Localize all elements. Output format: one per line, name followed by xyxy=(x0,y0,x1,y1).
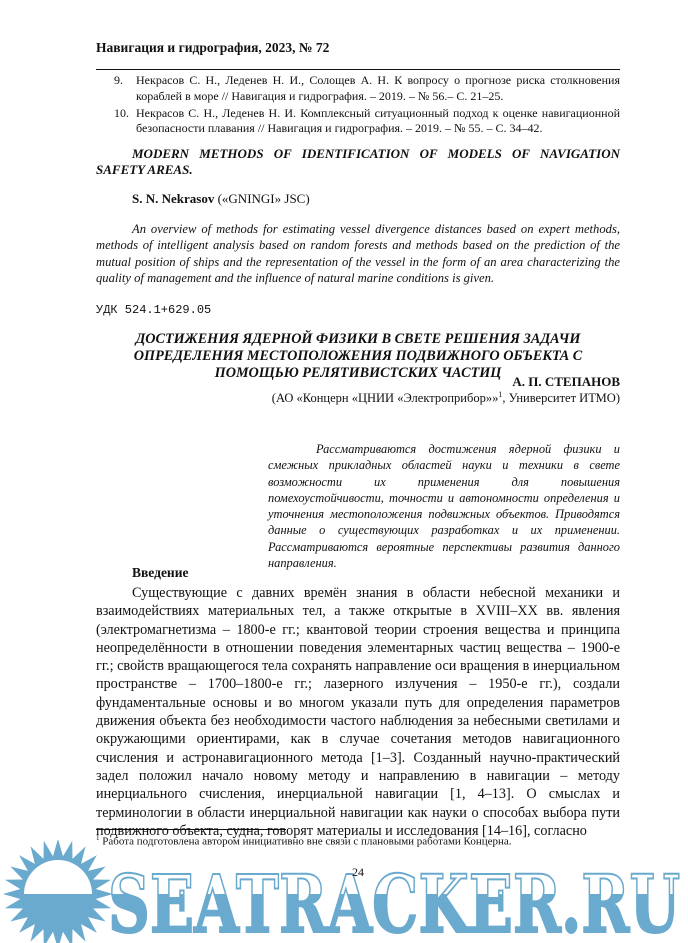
article-abstract: Рассматриваются достижения ядерной физик… xyxy=(268,441,620,571)
document-page: Навигация и гидрография, 2023, № 72 9. Н… xyxy=(0,0,688,943)
reference-number: 10. xyxy=(96,106,136,137)
udk-code: УДК 524.1+629.05 xyxy=(96,303,620,317)
english-title: MODERN METHODS OF IDENTIFICATION OF MODE… xyxy=(96,146,620,178)
watermark-text: SEATRACKER.RU SEATRACKER.RU xyxy=(108,857,680,943)
affiliation-text: , Университет ИТМО) xyxy=(502,391,620,405)
reference-item: 9. Некрасов С. Н., Леденев Н. И., Солоще… xyxy=(96,73,620,104)
footnote: 1 Работа подготовлена автором инициативн… xyxy=(96,834,620,848)
english-author-line: S. N. Nekrasov («GNINGI» JSC) xyxy=(96,191,620,207)
english-author: S. N. Nekrasov xyxy=(132,191,214,206)
reference-list: 9. Некрасов С. Н., Леденев Н. И., Солоще… xyxy=(96,73,620,138)
svg-text:SEATRACKER.RU: SEATRACKER.RU xyxy=(108,857,680,943)
reference-number: 9. xyxy=(96,73,136,104)
footnote-divider xyxy=(96,829,286,830)
journal-header: Навигация и гидрография, 2023, № 72 xyxy=(96,40,620,56)
sun-icon xyxy=(3,840,113,943)
reference-item: 10. Некрасов С. Н., Леденев Н. И. Компле… xyxy=(96,106,620,137)
watermark: SEATRACKER.RU SEATRACKER.RU xyxy=(0,840,688,943)
english-abstract: An overview of methods for estimating ve… xyxy=(96,221,620,286)
page-number: 24 xyxy=(352,865,364,880)
article-author: А. П. СТЕПАНОВ xyxy=(96,374,620,390)
body-paragraph: Существующие с давних времён знания в об… xyxy=(96,584,620,840)
section-heading: Введение xyxy=(96,565,620,581)
reference-text: Некрасов С. Н., Леденев Н. И. Комплексны… xyxy=(136,106,620,137)
footnote-text: Работа подготовлена автором инициативно … xyxy=(100,836,512,848)
svg-text:SEATRACKER.RU: SEATRACKER.RU xyxy=(108,857,680,943)
affiliation-text: (АО «Концерн «ЦНИИ «Электроприбор»» xyxy=(272,391,499,405)
english-affiliation: («GNINGI» JSC) xyxy=(218,191,310,206)
header-divider xyxy=(96,69,620,70)
reference-text: Некрасов С. Н., Леденев Н. И., Солощев А… xyxy=(136,73,620,104)
article-affiliation: (АО «Концерн «ЦНИИ «Электроприбор»»1, Ун… xyxy=(96,390,620,406)
